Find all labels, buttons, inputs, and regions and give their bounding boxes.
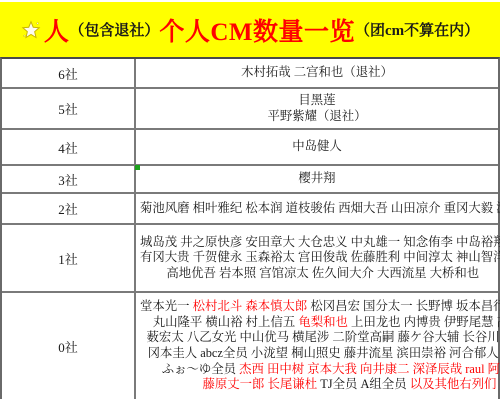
table-row: 1社 城岛茂 井之原快彦 安田章大 大仓忠义 中丸雄一 知念侑李 中岛裕翔 有冈… xyxy=(2,225,498,293)
title-part-note: （团cm不算在内） xyxy=(355,19,479,40)
table-row: 6社 木村拓哉 二宫和也（退社） xyxy=(2,59,498,89)
member-line: ふぉ～ゆ全员 杰西 田中树 京本大我 向井康二 深泽辰哉 raul 阿部亮平 xyxy=(162,362,500,378)
count-label: 2社 xyxy=(2,194,136,223)
member-names: 松冈昌宏 国分太一 长野博 坂本昌行 news全员 xyxy=(307,299,500,313)
table-row: 2社 菊池风磨 相叶雅纪 松本润 道枝骏佑 西畑大吾 山田凉介 重冈大毅 渡边翔… xyxy=(2,194,498,225)
count-label: 6社 xyxy=(2,59,136,87)
table-row: 3社 樱井翔 xyxy=(2,166,498,194)
member-names: 高地优吾 岩本照 宫馆凉太 佐久间大介 大西流星 大桥和也 xyxy=(166,266,479,280)
table-row: 5社 目黑莲 平野紫耀（退社） xyxy=(2,89,498,130)
member-names: 堂本光一 xyxy=(140,299,193,313)
member-names: 中岛健人 xyxy=(292,139,342,153)
member-line: 藤原丈一郎 长尾谦杜 TJ全员 A组全员 以及其他右列们 xyxy=(202,377,496,393)
member-line: 有冈大贵 千贺健永 玉森裕太 宫田俊哉 佐藤胜利 中间淳太 神山智洋 xyxy=(140,250,500,266)
member-list-cell: 目黑莲 平野紫耀（退社） xyxy=(136,89,498,128)
member-line: 中岛健人 xyxy=(292,139,342,155)
member-line: 平野紫耀（退社） xyxy=(267,109,366,125)
member-line: 丸山隆平 横山裕 村上信五 龟梨和也 上田龙也 内博贵 伊野尾慧 高木雄也 xyxy=(153,315,500,331)
member-line: 木村拓哉 二宫和也（退社） xyxy=(241,65,393,81)
cell-comment-marker xyxy=(135,165,140,170)
count-label: 1社 xyxy=(2,225,136,291)
member-list-cell: 堂本光一 松村北斗 森本慎太郎 松冈昌宏 国分太一 长野博 坂本昌行 news全… xyxy=(136,293,500,399)
member-names-highlighted: 松村北斗 森本慎太郎 xyxy=(193,299,308,313)
title-part-main: 个人CM数量一览 xyxy=(159,12,355,48)
member-line: 薮宏太 八乙女光 中山优马 横尾涉 二阶堂高嗣 藤ケ谷大辅 长谷川纯 松岛聪 xyxy=(147,330,500,346)
title-part-people: 人 xyxy=(44,12,70,48)
member-names: ふぉ～ゆ全员 xyxy=(162,362,239,376)
count-label: 0社 xyxy=(2,293,136,399)
count-label: 5社 xyxy=(2,89,136,128)
member-names: 薮宏太 八乙女光 中山优马 横尾涉 二阶堂高嗣 藤ケ谷大辅 长谷川纯 松岛聪 xyxy=(147,330,500,344)
member-line: 冈本圭人 abcz全员 小泷望 桐山照史 藤井流星 滨田崇裕 河合郁人 高桥海人 xyxy=(148,346,500,362)
member-names: 菊池风磨 相叶雅纪 松本润 道枝骏佑 西畑大吾 山田凉介 重冈大毅 渡边翔太 xyxy=(140,201,500,215)
count-label: 3社 xyxy=(2,166,136,192)
member-line: 堂本光一 松村北斗 森本慎太郎 松冈昌宏 国分太一 长野博 坂本昌行 news全… xyxy=(140,299,500,315)
title-part-include-retired: （包含退社） xyxy=(69,19,159,40)
member-names: 上田龙也 内博贵 伊野尾慧 高木雄也 xyxy=(348,315,500,329)
table-row: 0社 堂本光一 松村北斗 森本慎太郎 松冈昌宏 国分太一 长野博 坂本昌行 ne… xyxy=(2,293,498,399)
member-list-cell: 樱井翔 xyxy=(136,166,498,192)
member-names: 木村拓哉 二宫和也（退社） xyxy=(241,65,393,79)
member-line: 樱井翔 xyxy=(298,171,335,187)
member-names: TJ全员 A组全员 xyxy=(317,377,410,391)
title-banner: 人 （包含退社） 个人CM数量一览 （团cm不算在内） xyxy=(0,2,500,57)
member-line: 高地优吾 岩本照 宫馆凉太 佐久间大介 大西流星 大桥和也 xyxy=(166,266,479,282)
member-list-cell: 中岛健人 xyxy=(136,130,498,164)
member-names: 目黑莲 xyxy=(298,93,335,107)
page: 人 （包含退社） 个人CM数量一览 （团cm不算在内） 6社 木村拓哉 二宫和也… xyxy=(0,0,500,401)
star-icon xyxy=(21,20,41,40)
member-names-highlighted: 龟梨和也 xyxy=(298,315,348,329)
member-names-highlighted: 以及其他右列们 xyxy=(410,377,497,391)
member-list-cell: 城岛茂 井之原快彦 安田章大 大仓忠义 中丸雄一 知念侑李 中岛裕翔 有冈大贵 … xyxy=(136,225,500,291)
member-list-cell: 菊池风磨 相叶雅纪 松本润 道枝骏佑 西畑大吾 山田凉介 重冈大毅 渡边翔太 xyxy=(136,194,500,223)
member-list-cell: 木村拓哉 二宫和也（退社） xyxy=(136,59,498,87)
count-label: 4社 xyxy=(2,130,136,164)
member-names: 城岛茂 井之原快彦 安田章大 大仓忠义 中丸雄一 知念侑李 中岛裕翔 xyxy=(140,235,500,249)
member-line: 城岛茂 井之原快彦 安田章大 大仓忠义 中丸雄一 知念侑李 中岛裕翔 xyxy=(140,235,500,251)
member-names: 平野紫耀（退社） xyxy=(267,109,366,123)
table-row: 4社 中岛健人 xyxy=(2,130,498,166)
member-names-highlighted: 杰西 田中树 京本大我 向井康二 深泽辰哉 raul 阿部亮平 xyxy=(239,362,500,376)
member-names: 有冈大贵 千贺健永 玉森裕太 宫田俊哉 佐藤胜利 中间淳太 神山智洋 xyxy=(140,250,500,264)
member-names: 丸山隆平 横山裕 村上信五 xyxy=(153,315,299,329)
member-names: 冈本圭人 abcz全员 小泷望 桐山照史 藤井流星 滨田崇裕 河合郁人 xyxy=(148,346,500,360)
member-names: 樱井翔 xyxy=(298,171,335,185)
member-line: 菊池风磨 相叶雅纪 松本润 道枝骏佑 西畑大吾 山田凉介 重冈大毅 渡边翔太 xyxy=(140,201,500,217)
member-line: 目黑莲 xyxy=(298,93,335,109)
cm-count-table: 6社 木村拓哉 二宫和也（退社） 5社 目黑莲 平野紫耀（退社） 4社 中岛健人… xyxy=(0,57,500,399)
member-names-highlighted: 藤原丈一郎 长尾谦杜 xyxy=(202,377,317,391)
